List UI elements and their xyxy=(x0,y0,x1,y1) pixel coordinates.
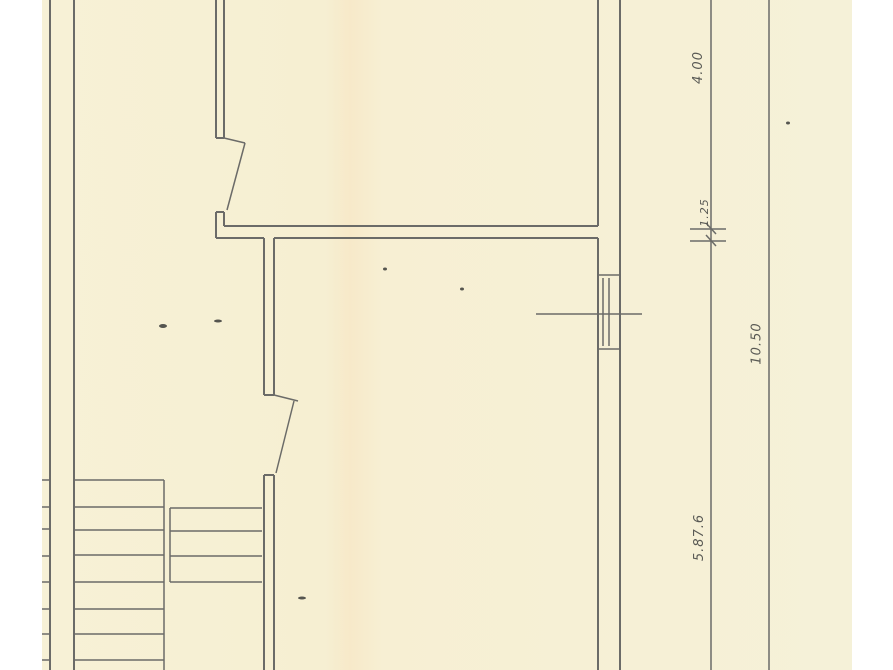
dim-top-room: 4.00 xyxy=(691,51,706,84)
dim-wall-thickness: 1.25 xyxy=(698,198,711,227)
lower-room-door xyxy=(274,395,298,473)
staircase-right-flight xyxy=(170,508,262,582)
dim-total-height: 10.50 xyxy=(750,322,765,364)
partition-wall xyxy=(216,226,598,238)
upper-room-door xyxy=(224,138,245,210)
lower-room-west-wall xyxy=(264,238,274,670)
left-ticks xyxy=(42,480,50,660)
upper-room-west-wall xyxy=(216,0,224,238)
east-wall-window xyxy=(536,275,642,349)
staircase-left-flight xyxy=(74,480,164,670)
dim-lower-room: 5.87.6 xyxy=(692,514,707,561)
